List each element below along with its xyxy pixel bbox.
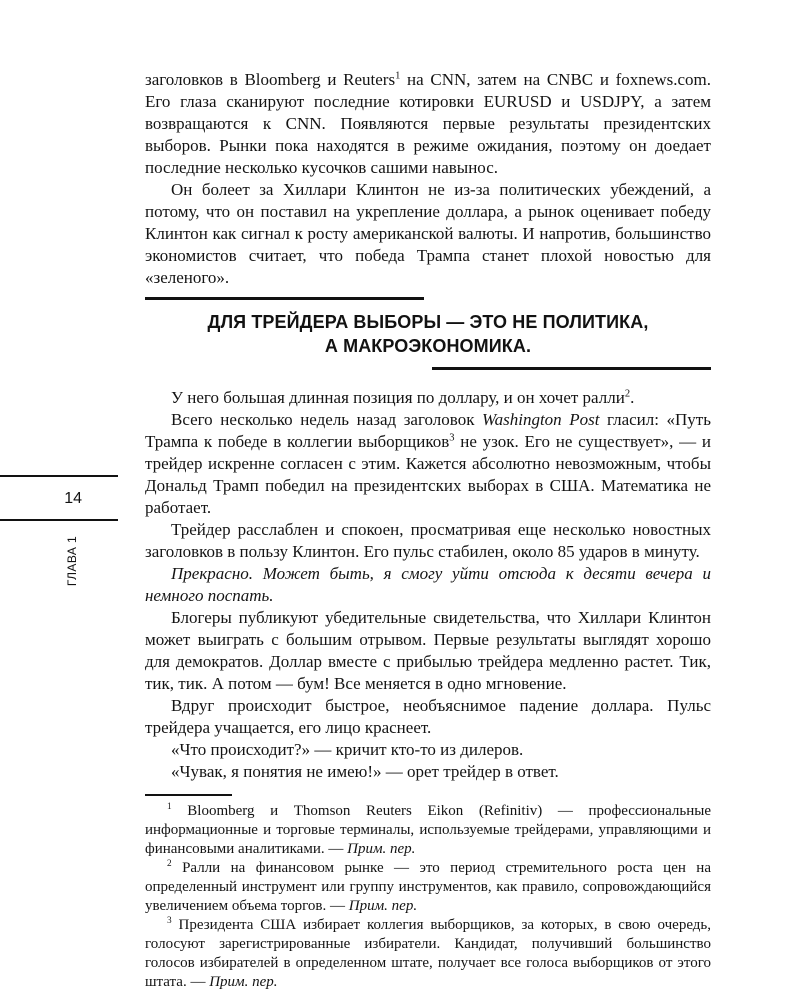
body-paragraph: «Что происходит?» — кричит кто-то из дил… (145, 739, 711, 761)
body-paragraph: Прекрасно. Может быть, я смогу уйти отсю… (145, 563, 711, 607)
pull-quote-line-2: А МАКРОЭКОНОМИКА. (145, 334, 711, 358)
text-segment: Вдруг происходит быстрое, необъяснимое п… (145, 696, 711, 737)
margin-rule-top (0, 475, 118, 477)
footnote: 3 Президента США избирает коллегия выбор… (145, 916, 711, 992)
text-segment: Блогеры публикуют убедительные свидетель… (145, 608, 711, 693)
pull-quote: ДЛЯ ТРЕЙДЕРА ВЫБОРЫ — ЭТО НЕ ПОЛИТИКА, А… (145, 297, 711, 370)
pull-quote-rule-bottom (432, 367, 711, 370)
text-column: заголовков в Bloomberg и Reuters1 на CNN… (145, 69, 711, 992)
margin-rule-bottom (0, 519, 118, 521)
chapter-label: ГЛАВА 1 (65, 536, 79, 586)
text-segment: Washington Post (482, 410, 599, 429)
body-text-before-quote: заголовков в Bloomberg и Reuters1 на CNN… (145, 69, 711, 289)
text-segment: Он болеет за Хиллари Клинтон не из-за по… (145, 180, 711, 287)
text-segment: заголовков в Bloomberg и Reuters (145, 70, 395, 89)
text-segment: У него большая длинная позиция по доллар… (171, 388, 625, 407)
footnotes: 1 Bloomberg и Thomson Reuters Eikon (Ref… (145, 794, 711, 992)
body-text-after-quote: У него большая длинная позиция по доллар… (145, 387, 711, 783)
body-paragraph: «Чувак, я понятия не имею!» — орет трейд… (145, 761, 711, 783)
text-segment: Прим. пер. (349, 898, 417, 914)
pull-quote-text: ДЛЯ ТРЕЙДЕРА ВЫБОРЫ — ЭТО НЕ ПОЛИТИКА, А… (145, 310, 711, 358)
footnote: 2 Ралли на финансовом рынке — это период… (145, 859, 711, 916)
text-segment: Прим. пер. (209, 974, 277, 990)
text-segment: . (630, 388, 634, 407)
body-paragraph: Трейдер расслаблен и спокоен, просматрив… (145, 519, 711, 563)
text-segment: Трейдер расслаблен и спокоен, просматрив… (145, 520, 711, 561)
text-segment: «Чувак, я понятия не имею!» — орет трейд… (171, 762, 559, 781)
body-paragraph: заголовков в Bloomberg и Reuters1 на CNN… (145, 69, 711, 179)
book-page: { "page": { "number": "14", "chapter_lab… (0, 0, 800, 1000)
text-segment: Прим. пер. (347, 841, 415, 857)
text-segment: «Что происходит?» — кричит кто-то из дил… (171, 740, 523, 759)
pull-quote-line-1: ДЛЯ ТРЕЙДЕРА ВЫБОРЫ — ЭТО НЕ ПОЛИТИКА, (145, 310, 711, 334)
body-paragraph: Блогеры публикуют убедительные свидетель… (145, 607, 711, 695)
body-paragraph: Всего несколько недель назад заголовок W… (145, 409, 711, 519)
body-paragraph: Он болеет за Хиллари Клинтон не из-за по… (145, 179, 711, 289)
footnote: 1 Bloomberg и Thomson Reuters Eikon (Ref… (145, 802, 711, 859)
text-segment: Bloomberg и Thomson Reuters Eikon (Refin… (145, 803, 711, 857)
footnotes-list: 1 Bloomberg и Thomson Reuters Eikon (Ref… (145, 802, 711, 992)
body-paragraph: У него большая длинная позиция по доллар… (145, 387, 711, 409)
text-segment: Прекрасно. Может быть, я смогу уйти отсю… (145, 564, 711, 605)
pull-quote-rule-top (145, 297, 424, 300)
page-number: 14 (0, 490, 82, 508)
body-paragraph: Вдруг происходит быстрое, необъяснимое п… (145, 695, 711, 739)
text-segment: Ралли на финансовом рынке — это период с… (145, 860, 711, 914)
footnote-separator-rule (145, 794, 232, 796)
text-segment: Всего несколько недель назад заголовок (171, 410, 482, 429)
